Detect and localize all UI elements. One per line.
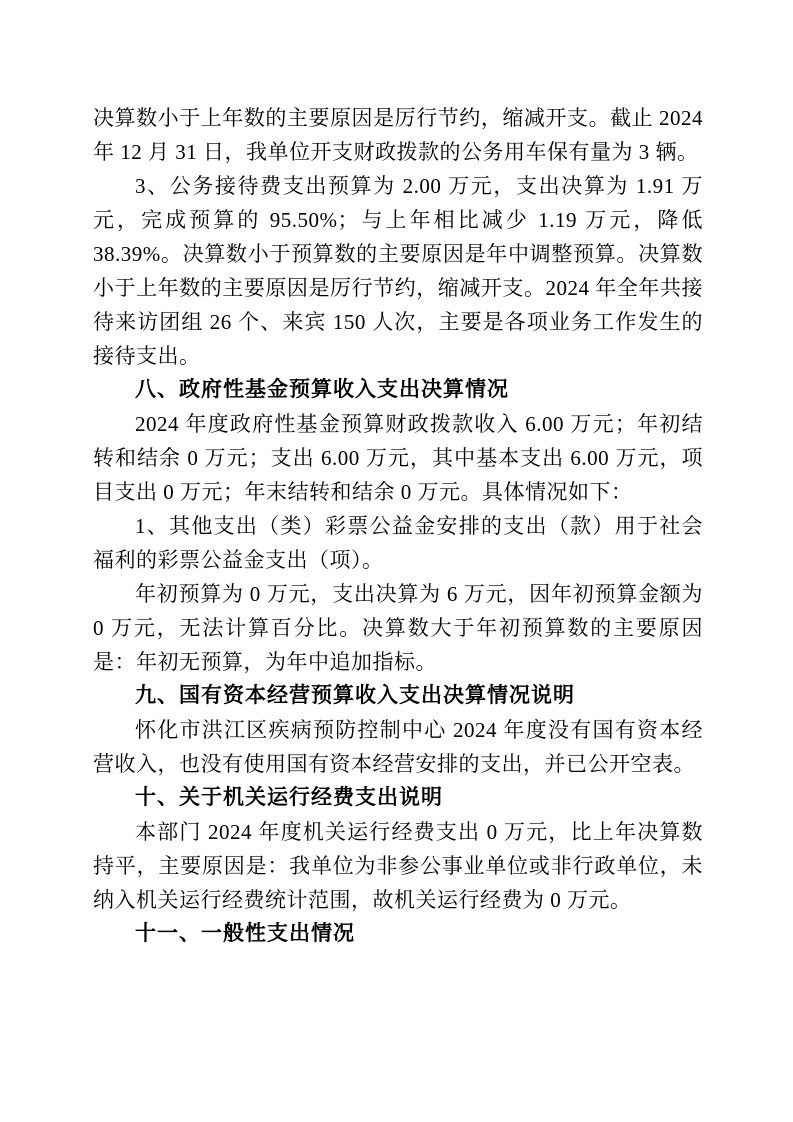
section-heading: 十、关于机关运行经费支出说明 — [93, 781, 703, 815]
document-body: 决算数小于上年数的主要原因是厉行节约，缩减开支。截止 2024 年 12 月 3… — [93, 101, 703, 951]
section-heading: 十一、一般性支出情况 — [93, 917, 703, 951]
paragraph: 决算数小于上年数的主要原因是厉行节约，缩减开支。截止 2024 年 12 月 3… — [93, 101, 703, 169]
paragraph: 3、公务接待费支出预算为 2.00 万元，支出决算为 1.91 万元，完成预算的… — [93, 169, 703, 373]
paragraph: 本部门 2024 年度机关运行经费支出 0 万元，比上年决算数持平，主要原因是：… — [93, 815, 703, 917]
section-heading: 九、国有资本经营预算收入支出决算情况说明 — [93, 679, 703, 713]
document-page: 决算数小于上年数的主要原因是厉行节约，缩减开支。截止 2024 年 12 月 3… — [0, 0, 793, 1122]
paragraph: 2024 年度政府性基金预算财政拨款收入 6.00 万元；年初结转和结余 0 万… — [93, 407, 703, 509]
paragraph: 怀化市洪江区疾病预防控制中心 2024 年度没有国有资本经营收入，也没有使用国有… — [93, 713, 703, 781]
section-heading: 八、政府性基金预算收入支出决算情况 — [93, 373, 703, 407]
paragraph: 年初预算为 0 万元，支出决算为 6 万元，因年初预算金额为 0 万元，无法计算… — [93, 577, 703, 679]
paragraph: 1、其他支出（类）彩票公益金安排的支出（款）用于社会福利的彩票公益金支出（项）。 — [93, 509, 703, 577]
